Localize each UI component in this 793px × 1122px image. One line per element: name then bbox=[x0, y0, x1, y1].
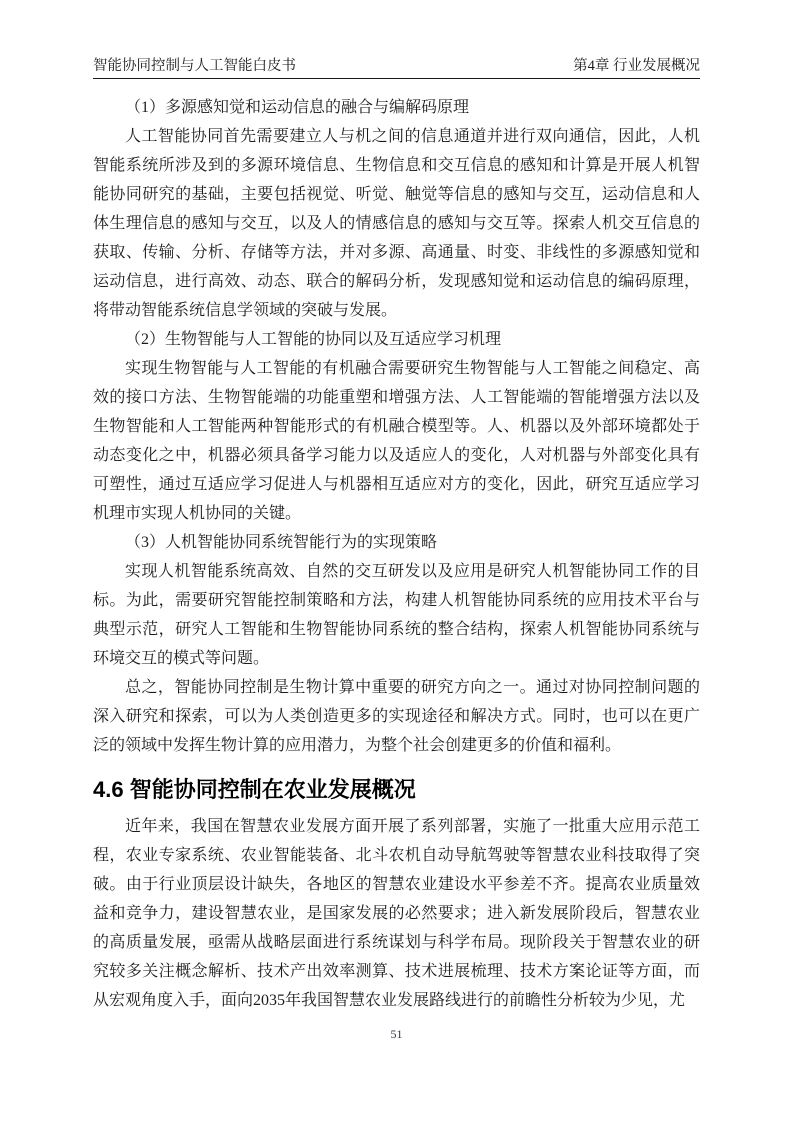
paragraph-2: 实现生物智能与人工智能的有机融合需要研究生物智能与人工智能之间稳定、高效的接口方… bbox=[93, 354, 700, 528]
paragraph-5: 近年来，我国在智慧农业发展方面开展了系列部署，实施了一批重大应用示范工程，农业专… bbox=[93, 812, 700, 1015]
header-chapter-title: 第4章 行业发展概况 bbox=[573, 57, 700, 75]
paragraph-4: 总之，智能协同控制是生物计算中重要的研究方向之一。通过对协同控制问题的深入研究和… bbox=[93, 673, 700, 760]
page-footer: 51 bbox=[0, 1027, 793, 1042]
numbered-subheading-1: （1）多源感知觉和运动信息的融合与编解码原理 bbox=[93, 93, 700, 122]
numbered-subheading-2: （2）生物智能与人工智能的协同以及互适应学习机理 bbox=[93, 325, 700, 354]
header-book-title: 智能协同控制与人工智能白皮书 bbox=[93, 57, 296, 75]
page-header: 智能协同控制与人工智能白皮书 第4章 行业发展概况 bbox=[93, 57, 700, 79]
numbered-subheading-3: （3）人机智能协同系统智能行为的实现策略 bbox=[93, 528, 700, 557]
page-content: （1）多源感知觉和运动信息的融合与编解码原理 人工智能协同首先需要建立人与机之间… bbox=[93, 93, 700, 1015]
section-heading-4-6: 4.6 智能协同控制在农业发展概况 bbox=[93, 774, 700, 805]
paragraph-3: 实现人机智能系统高效、自然的交互研发以及应用是研究人机智能协同工作的目标。为此，… bbox=[93, 557, 700, 673]
page-number: 51 bbox=[391, 1027, 403, 1041]
document-page: 智能协同控制与人工智能白皮书 第4章 行业发展概况 （1）多源感知觉和运动信息的… bbox=[0, 0, 793, 1122]
paragraph-1: 人工智能协同首先需要建立人与机之间的信息通道并进行双向通信，因此，人机智能系统所… bbox=[93, 122, 700, 325]
